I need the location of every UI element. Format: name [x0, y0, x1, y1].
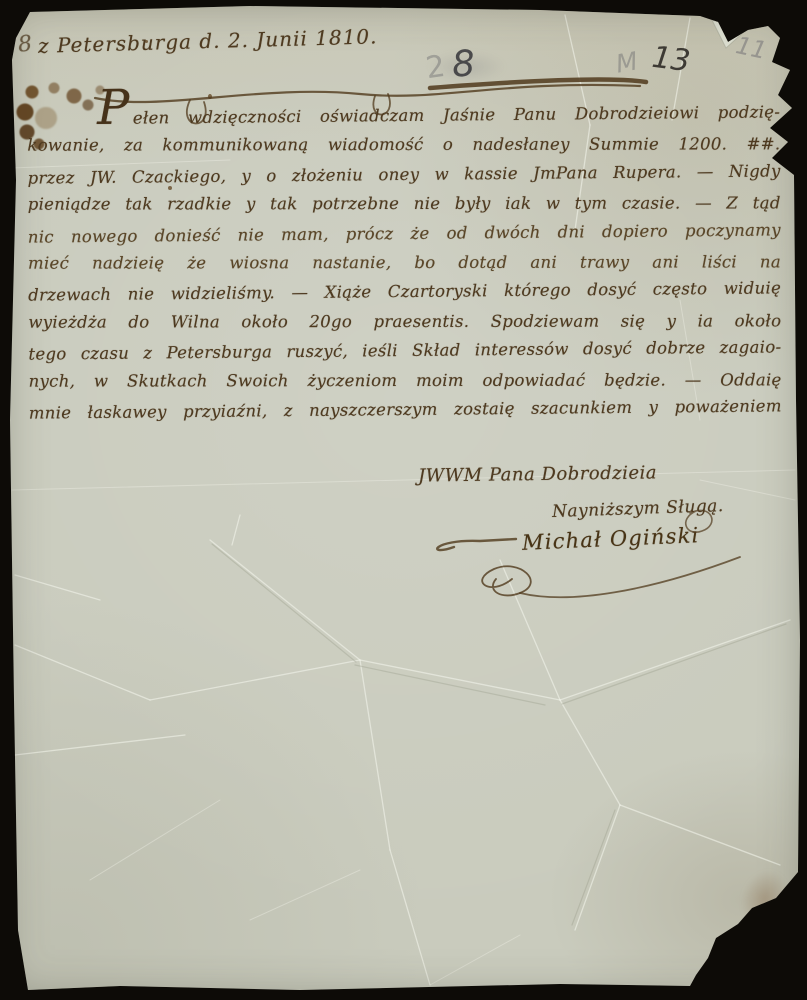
- closing-salutation: JWWM Pana Dobrodzieia: [418, 462, 657, 486]
- body-line: pieniądze tak rzadkie y tak potrzebne ni…: [28, 189, 781, 220]
- body-line: kowanie, za kommunikowaną wiadomość o na…: [27, 130, 780, 161]
- corner-stain: [722, 853, 807, 944]
- paper-sheet: 8 2 8 M 13 11 z Petersburga d. 2. Junii …: [0, 0, 807, 1000]
- margin-number: 8: [17, 31, 34, 57]
- body-line: przez JW. Czackiego, y o złożeniu oney w…: [27, 156, 780, 193]
- valediction: Nayniższym Sługą.: [552, 496, 724, 522]
- body-line: wyieżdża do Wilna około 20go praesentis.…: [28, 306, 781, 337]
- ink-page-number-center: 8: [451, 43, 477, 85]
- body-line: nych, w Skutkach Swoich życzeniom moim o…: [29, 365, 782, 396]
- letter-body: Pełen wdzięczności oświadczam Jaśnie Pan…: [27, 99, 782, 426]
- body-line: tego czasu z Petersburga ruszyć, ieśli S…: [28, 333, 781, 370]
- body-line: nic nowego donieść nie mam, prócz że od …: [28, 215, 781, 252]
- scan-background: 8 2 8 M 13 11 z Petersburga d. 2. Junii …: [0, 0, 807, 1000]
- ink-speck: [208, 94, 212, 99]
- body-line: mnie łaskawey przyiaźni, z nayszczerszym…: [29, 391, 782, 428]
- pencil-number-right: 11: [733, 31, 769, 65]
- body-line: drzewach nie widzieliśmy. — Xiąże Czarto…: [28, 274, 781, 311]
- pencil-mark: M: [614, 46, 640, 78]
- signature: Michał Ogiński: [522, 523, 700, 555]
- body-line: Pełen wdzięczności oświadczam Jaśnie Pan…: [27, 97, 780, 134]
- ink-page-number-right: 13: [650, 40, 692, 79]
